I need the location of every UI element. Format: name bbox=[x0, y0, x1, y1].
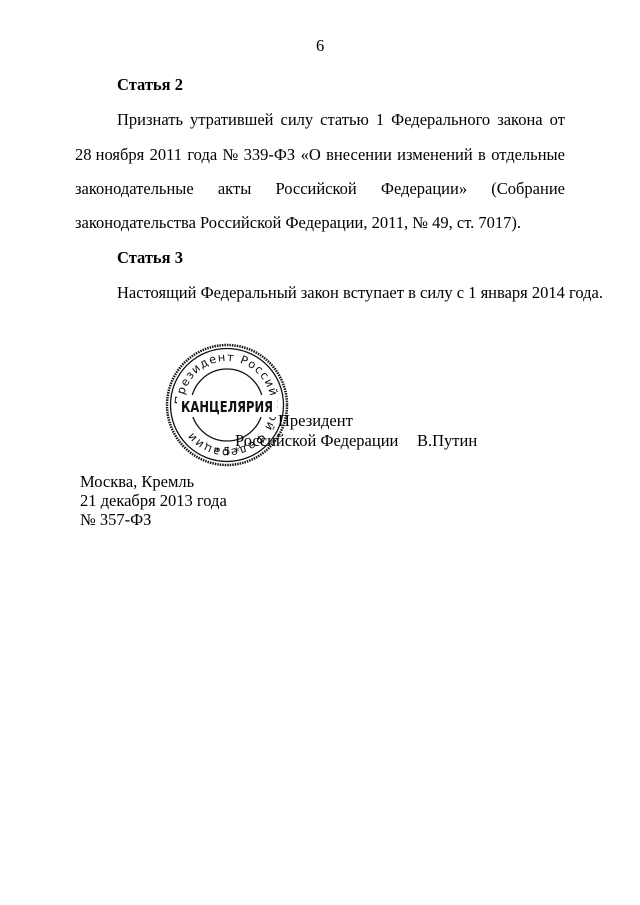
word: силу bbox=[281, 110, 314, 130]
word: акты bbox=[218, 179, 251, 199]
word: в bbox=[478, 145, 486, 165]
word: Федерального bbox=[391, 110, 490, 130]
word: 1 bbox=[376, 110, 384, 130]
footer-law-number: № 357-ФЗ bbox=[80, 510, 151, 530]
word: Российской bbox=[275, 179, 356, 199]
article-2-line-3: законодательные акты Российской Федераци… bbox=[75, 179, 565, 199]
signature-title-line-1: Президент bbox=[278, 411, 353, 431]
svg-text:КАНЦЕЛЯРИЯ: КАНЦЕЛЯРИЯ bbox=[181, 398, 273, 416]
page-number: 6 bbox=[316, 36, 324, 56]
word: статью bbox=[320, 110, 369, 130]
word: изменений bbox=[397, 145, 473, 165]
footer-date: 21 декабря 2013 года bbox=[80, 491, 227, 511]
word: 2011 bbox=[150, 145, 182, 165]
word: 28 ноября bbox=[75, 145, 144, 165]
word: Федерации» bbox=[381, 179, 467, 199]
word: внесении bbox=[326, 145, 392, 165]
article-2-line-2: 28 ноября 2011 года № 339-ФЗ «О внесении… bbox=[75, 145, 565, 165]
word: года bbox=[187, 145, 217, 165]
signature-name: В.Путин bbox=[417, 431, 477, 451]
word: отдельные bbox=[491, 145, 565, 165]
word: 339-ФЗ bbox=[244, 145, 296, 165]
word: законодательные bbox=[75, 179, 194, 199]
word: от bbox=[550, 110, 565, 130]
word: № bbox=[223, 145, 239, 165]
word: Признать bbox=[117, 110, 183, 130]
word: закона bbox=[497, 110, 542, 130]
word: утратившей bbox=[190, 110, 274, 130]
signature-title-line-2: Российской Федерации bbox=[235, 431, 398, 451]
article-3-heading: Статья 3 bbox=[117, 248, 183, 268]
word: «О bbox=[301, 145, 321, 165]
article-3-text: Настоящий Федеральный закон вступает в с… bbox=[117, 283, 603, 303]
footer-place: Москва, Кремль bbox=[80, 472, 194, 492]
article-2-line-1: Признать утратившей силу статью 1 Федера… bbox=[117, 110, 565, 130]
article-2-heading: Статья 2 bbox=[117, 75, 183, 95]
word: (Собрание bbox=[491, 179, 565, 199]
article-2-line-4: законодательства Российской Федерации, 2… bbox=[75, 213, 521, 233]
